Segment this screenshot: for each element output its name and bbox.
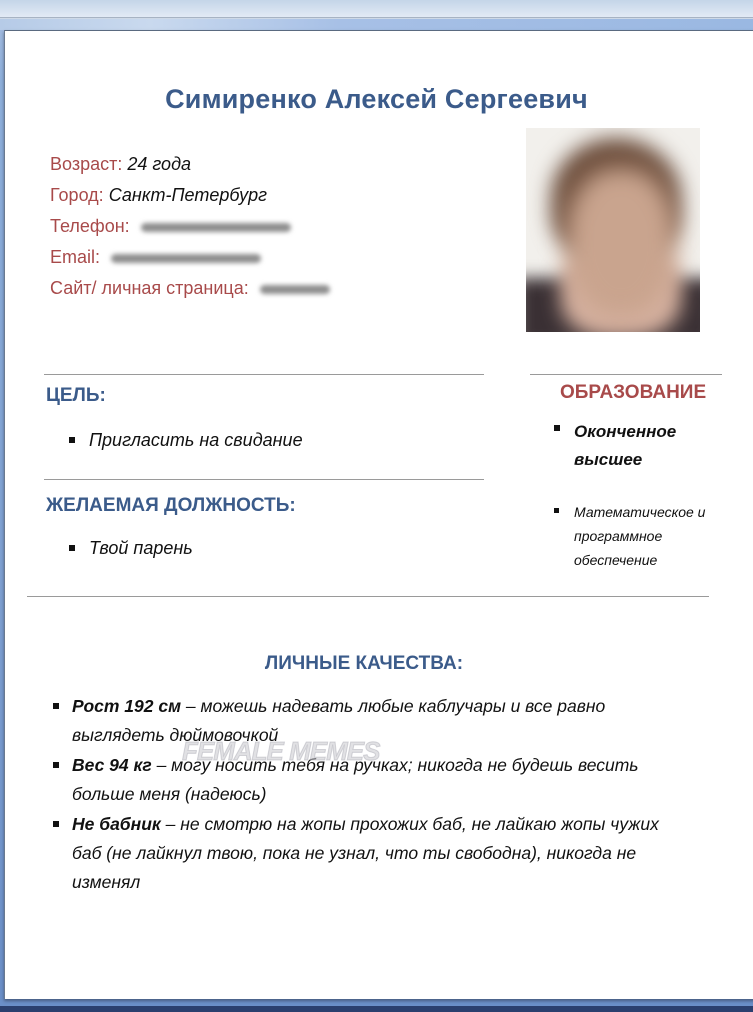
desired-position-item: Твой парень	[89, 538, 193, 559]
info-label: Город:	[50, 185, 104, 205]
info-value: 24 года	[127, 154, 191, 174]
quality-item: Вес 94 кг – могу носить тебя на ручках; …	[72, 751, 692, 809]
info-label: Телефон:	[50, 216, 130, 236]
info-label: Сайт/ личная страница:	[50, 278, 249, 298]
redacted-phone	[141, 223, 291, 232]
resume-full-name: Симиренко Алексей Сергеевич	[0, 84, 753, 115]
info-phone: Телефон:	[50, 214, 330, 245]
info-city: Город: Санкт-Петербург	[50, 183, 330, 214]
info-label: Возраст:	[50, 154, 122, 174]
quality-item: Рост 192 см – можешь надевать любые кабл…	[72, 692, 692, 750]
goal-item: Пригласить на свидание	[89, 430, 303, 451]
redacted-website	[260, 285, 330, 294]
divider	[530, 374, 722, 375]
redacted-email	[111, 254, 261, 263]
document-ruler	[0, 19, 753, 30]
bullet-icon	[69, 437, 75, 443]
divider	[44, 374, 484, 375]
info-email: Email:	[50, 245, 330, 276]
bullet-icon	[554, 508, 559, 513]
info-label: Email:	[50, 247, 100, 267]
bullet-icon	[554, 425, 560, 431]
bullet-icon	[53, 703, 59, 709]
education-item: Математическое и программное обеспечение	[574, 500, 734, 572]
profile-photo	[526, 128, 700, 332]
taskbar-strip	[0, 1006, 753, 1012]
quality-item: Не бабник – не смотрю на жопы прохожих б…	[72, 810, 692, 897]
info-website: Сайт/ личная страница:	[50, 276, 330, 307]
bullet-icon	[53, 762, 59, 768]
education-title: ОБРАЗОВАНИЕ	[560, 382, 706, 404]
desired-position-title: ЖЕЛАЕМАЯ ДОЛЖНОСТЬ:	[46, 495, 296, 517]
info-age: Возраст: 24 года	[50, 152, 330, 183]
divider	[44, 479, 484, 480]
contact-info: Возраст: 24 года Город: Санкт-Петербург …	[50, 152, 330, 307]
bullet-icon	[53, 821, 59, 827]
info-value: Санкт-Петербург	[109, 185, 267, 205]
education-item: Оконченное высшее	[574, 418, 724, 474]
goal-title: ЦЕЛЬ:	[46, 385, 106, 407]
personal-qualities-title: ЛИЧНЫЕ КАЧЕСТВА:	[0, 653, 728, 675]
bullet-icon	[69, 545, 75, 551]
divider	[27, 596, 709, 597]
window-top-band	[0, 0, 753, 18]
